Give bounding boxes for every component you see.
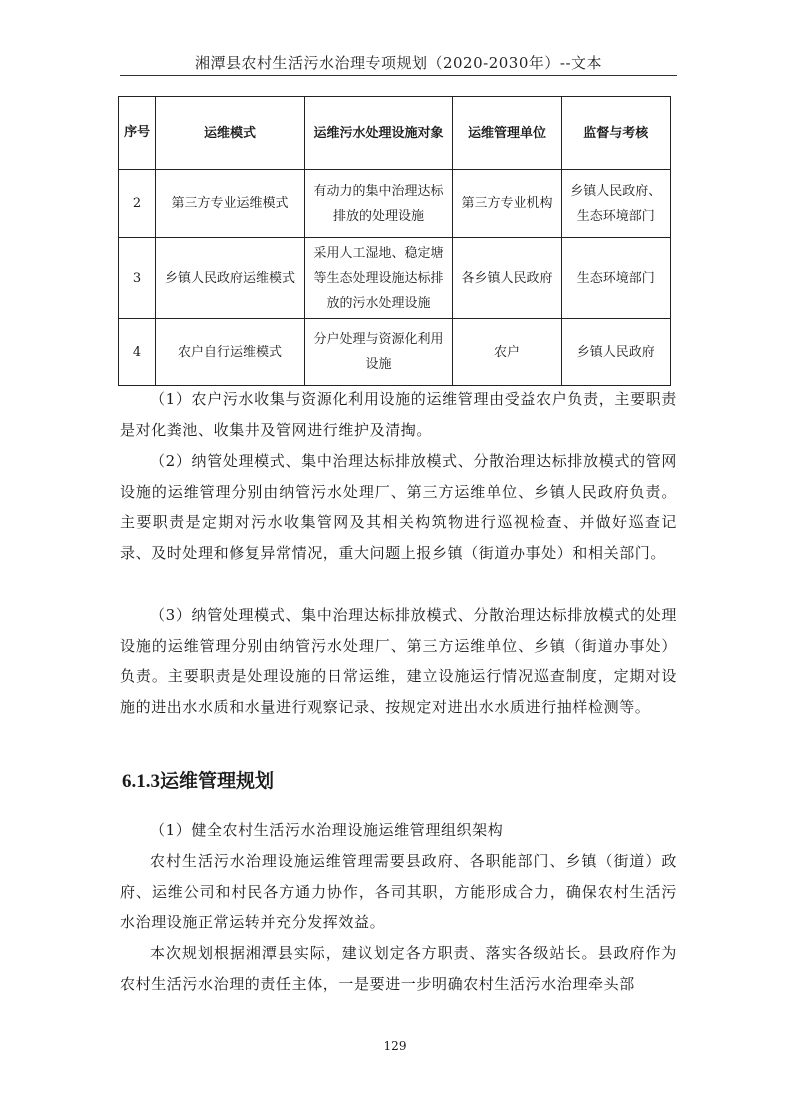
cell-unit: 各乡镇人民政府 — [453, 238, 561, 319]
cell-object: 有动力的集中治理达标排放的处理设施 — [304, 170, 453, 238]
table-row: 3 乡镇人民政府运维模式 采用人工湿地、稳定塘等生态处理设施达标排放的污水处理设… — [119, 238, 671, 319]
table-header-row: 序号 运维模式 运维污水处理设施对象 运维管理单位 监督与考核 — [119, 97, 671, 170]
table-row: 2 第三方专业运维模式 有动力的集中治理达标排放的处理设施 第三方专业机构 乡镇… — [119, 170, 671, 238]
header-cell-object: 运维污水处理设施对象 — [304, 97, 453, 170]
subheading-organization: （1）健全农村生活污水治理设施运维管理组织架构 — [120, 815, 677, 846]
cell-mode: 乡镇人民政府运维模式 — [156, 238, 305, 319]
header-cell-no: 序号 — [119, 97, 156, 170]
header-cell-unit: 运维管理单位 — [453, 97, 561, 170]
paragraph-cooperation: 农村生活污水治理设施运维管理需要县政府、各职能部门、乡镇（街道）政府、运维公司和… — [120, 846, 677, 938]
table-row: 4 农户自行运维模式 分户处理与资源化利用设施 农户 乡镇人民政府 — [119, 319, 671, 386]
cell-object: 采用人工湿地、稳定塘等生态处理设施达标排放的污水处理设施 — [304, 238, 453, 319]
cell-no: 2 — [119, 170, 156, 238]
header-cell-supervision: 监督与考核 — [561, 97, 670, 170]
paragraph-responsibilities: 本次规划根据湘潭县实际，建议划定各方职责、落实各级站长。县政府作为农村生活污水治… — [120, 938, 677, 999]
paragraph-treatment-facilities: （3）纳管处理模式、集中治理达标排放模式、分散治理达标排放模式的处理设施的运维管… — [120, 600, 677, 722]
page-number: 129 — [0, 1039, 790, 1053]
cell-no: 4 — [119, 319, 156, 386]
header-cell-mode: 运维模式 — [156, 97, 305, 170]
cell-mode: 第三方专业运维模式 — [156, 170, 305, 238]
header-divider — [120, 75, 677, 76]
cell-unit: 第三方专业机构 — [453, 170, 561, 238]
cell-no: 3 — [119, 238, 156, 319]
cell-supervision: 乡镇人民政府 — [561, 319, 670, 386]
cell-mode: 农户自行运维模式 — [156, 319, 305, 386]
paragraph-pipe-network: （2）纳管处理模式、集中治理达标排放模式、分散治理达标排放模式的管网设施的运维管… — [120, 446, 677, 568]
cell-unit: 农户 — [453, 319, 561, 386]
paragraph-household-facilities: （1）农户污水收集与资源化利用设施的运维管理由受益农户负责，主要职责是对化粪池、… — [120, 384, 677, 445]
section-heading: 6.1.3运维管理规划 — [122, 766, 274, 793]
cell-supervision: 乡镇人民政府、生态环境部门 — [561, 170, 670, 238]
operation-mode-table: 序号 运维模式 运维污水处理设施对象 运维管理单位 监督与考核 2 第三方专业运… — [118, 96, 671, 386]
cell-object: 分户处理与资源化利用设施 — [304, 319, 453, 386]
cell-supervision: 生态环境部门 — [561, 238, 670, 319]
running-header: 湘潭县农村生活污水治理专项规划（2020-2030年）--文本 — [120, 52, 677, 73]
